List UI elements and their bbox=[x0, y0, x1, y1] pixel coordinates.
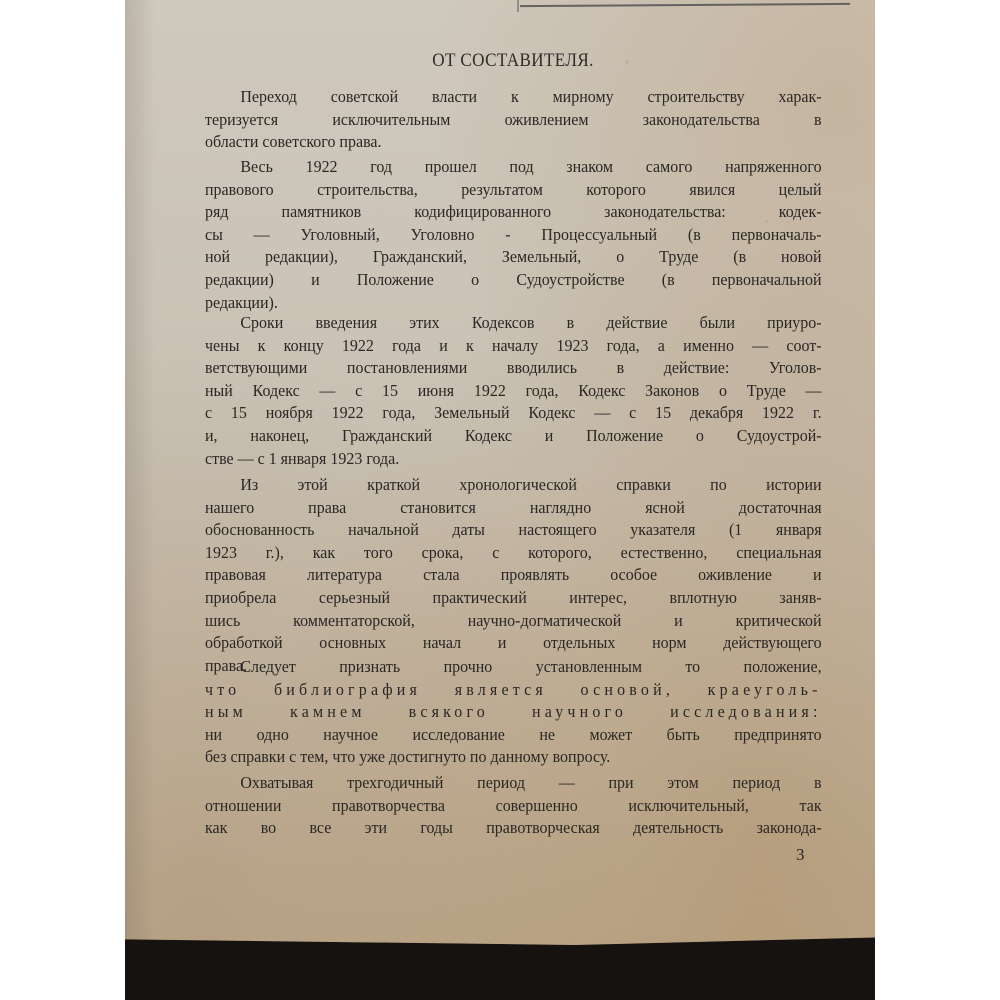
text-line: обработкой основных начал и отдельных но… bbox=[205, 632, 822, 655]
text-line: правового строительства, результатом кот… bbox=[205, 179, 822, 202]
emphasized-text-line: что библиография является основой, краеу… bbox=[205, 679, 822, 702]
page-number: 3 bbox=[796, 845, 805, 865]
paragraph: Сроки введения этих Кодексов в действие … bbox=[205, 312, 822, 470]
text-line: ный Кодекс — с 15 июня 1922 года, Кодекс… bbox=[205, 380, 822, 403]
text-line: Переход советской власти к мирному строи… bbox=[205, 86, 822, 109]
frame-line bbox=[517, 0, 519, 12]
text-line: шись комментаторской, научно-догматическ… bbox=[205, 610, 822, 633]
text-line: приобрела серьезный практический интерес… bbox=[205, 587, 822, 610]
text-line: 1923 г.), как того срока, с которого, ес… bbox=[205, 542, 822, 565]
paragraph: Следует признать прочно установленным то… bbox=[205, 656, 822, 769]
text-line: с 15 ноября 1922 года, Земельный Кодекс … bbox=[205, 402, 822, 425]
text-line: Сроки введения этих Кодексов в действие … bbox=[205, 312, 822, 335]
text-line: как во все эти годы правотворческая деят… bbox=[205, 817, 822, 840]
text-line: ни одно научное исследование не может бы… bbox=[205, 724, 822, 747]
text-line: без справки с тем, что уже достигнуто по… bbox=[205, 746, 822, 769]
text-line: стве — с 1 января 1923 года. bbox=[205, 448, 822, 471]
text-line: редакции) и Положение о Судоустройстве (… bbox=[205, 269, 822, 292]
text-line: ной редакции), Гражданский, Земельный, о… bbox=[205, 246, 822, 269]
text-line: ряд памятников кодифицированного законод… bbox=[205, 201, 822, 224]
paragraph: Переход советской власти к мирному строи… bbox=[205, 86, 822, 154]
paragraph: Весь 1922 год прошел под знаком самого н… bbox=[205, 156, 822, 314]
text-line: редакции). bbox=[205, 292, 822, 315]
text-line: Следует признать прочно установленным то… bbox=[205, 656, 822, 679]
text-line: области советского права. bbox=[205, 131, 822, 154]
paragraph: Охватывая трехгодичный период — при этом… bbox=[205, 772, 822, 840]
text-line: правовая литература стала проявлять особ… bbox=[205, 564, 822, 587]
text-line: отношении правотворчества совершенно иск… bbox=[205, 795, 822, 818]
paragraph: Из этой краткой хронологической справки … bbox=[205, 474, 822, 677]
text-line: теризуется исключительным оживлением зак… bbox=[205, 109, 822, 132]
emphasized-text-line: ным камнем всякого научного исследования… bbox=[205, 701, 822, 724]
text-line: Из этой краткой хронологической справки … bbox=[205, 474, 822, 497]
book-page: ОТ СОСТАВИТЕЛЯ. Переход советской власти… bbox=[125, 0, 875, 945]
frame-line bbox=[520, 3, 850, 7]
text-line: чены к концу 1922 года и к началу 1923 г… bbox=[205, 335, 822, 358]
text-line: обоснованность начальной даты настоящего… bbox=[205, 519, 822, 542]
text-line: нашего права становится наглядно ясной д… bbox=[205, 497, 822, 520]
text-line: и, наконец, Гражданский Кодекс и Положен… bbox=[205, 425, 822, 448]
section-title: ОТ СОСТАВИТЕЛЯ. bbox=[423, 50, 603, 72]
text-line: Весь 1922 год прошел под знаком самого н… bbox=[205, 156, 822, 179]
book-page-photo: ОТ СОСТАВИТЕЛЯ. Переход советской власти… bbox=[125, 0, 875, 1000]
text-line: ветствующими постановлениями вводились в… bbox=[205, 357, 822, 380]
paper-speck bbox=[625, 60, 629, 64]
text-line: Охватывая трехгодичный период — при этом… bbox=[205, 772, 822, 795]
text-line: сы — Уголовный, Уголовно - Процессуальны… bbox=[205, 224, 822, 247]
